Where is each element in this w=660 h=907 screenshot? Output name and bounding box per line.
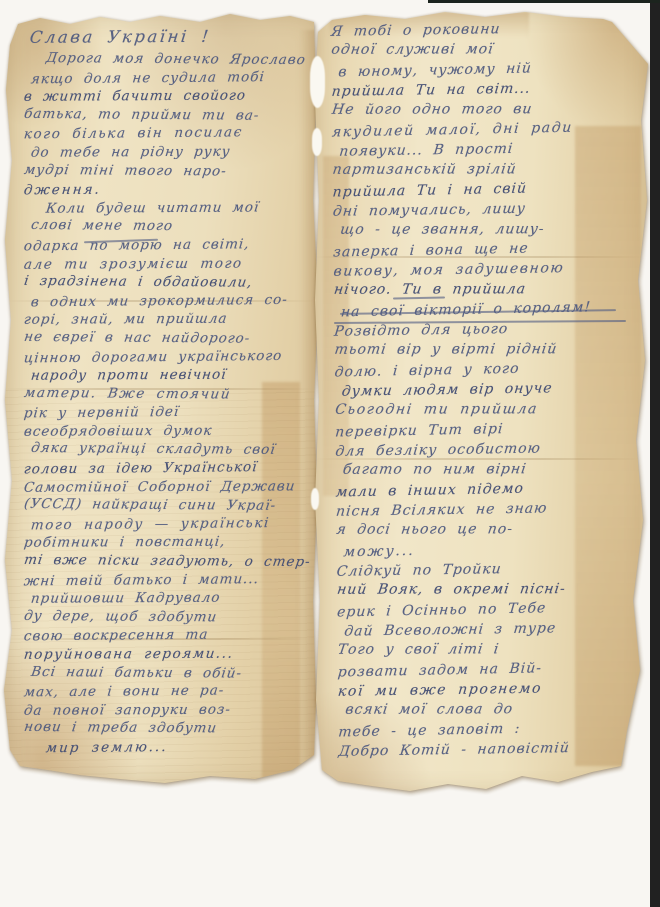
letter-line: свою воскресення та <box>23 625 317 646</box>
letter-line: цінною дорогами українського <box>23 346 317 367</box>
letter-line: Дорога моя донечко Ярославо <box>23 49 317 70</box>
letter-line: (УССД) найкращі сини Украї- <box>23 495 317 516</box>
letter-line: слові мене того <box>23 216 317 237</box>
handwriting-right: Я тобі о роковини одної служиві мої в юн… <box>331 18 651 761</box>
letter-line: в житті бачити свойого <box>23 86 317 106</box>
letter-line: прийшовши Кадрувало <box>23 588 317 608</box>
fold-highlight <box>310 56 325 108</box>
letter-line: голови за ідею Української <box>23 458 317 479</box>
letter-line: до тебе на рідну руку <box>23 142 317 162</box>
letter-line: народу проти невічної <box>23 365 317 385</box>
letter-line: Самостійної Соборної Держави <box>23 477 317 497</box>
letter-line: робітники і повстанці, <box>23 533 317 553</box>
letter-line: Коли будеш читати мої <box>23 198 317 218</box>
letter-line: не євреї в нас найдорого- <box>23 328 317 349</box>
letter-line: мах, але і вони не ра- <box>23 681 317 702</box>
letter-line: Добро Котій - наповістій <box>337 737 651 762</box>
left-page-paper: Слава Україні ! Дорога моя донечко Яросл… <box>4 10 322 790</box>
handwriting-left: Слава Україні ! Дорога моя донечко Яросл… <box>24 23 316 757</box>
letter-line: да повної запоруки воз- <box>23 700 317 720</box>
superscript-insertion: е <box>399 8 405 19</box>
letter-line: дження. <box>23 179 317 200</box>
letter-line: але ти зрозумієш того <box>23 254 317 274</box>
letter-line: нови і треба здобути <box>23 718 317 739</box>
letter-line: ті вже піски згадують, о стер- <box>23 551 317 572</box>
fold-highlight <box>311 488 319 510</box>
right-page-paper: е Я тобі о роковини одної служиві мої в … <box>313 6 651 798</box>
letter-line: і зрадзінена і обдайовили, <box>23 272 317 293</box>
fold-highlight <box>312 128 322 156</box>
scanner-edge-top <box>428 0 660 3</box>
letter-line: рік у нервній ідеї <box>23 402 317 423</box>
scanner-edge-strip <box>650 0 660 907</box>
scanned-letter: Слава Україні ! Дорога моя донечко Яросл… <box>0 0 660 907</box>
letter-line: одарка по морю на світі, <box>23 235 317 256</box>
letter-page-right: е Я тобі о роковини одної служиві мої в … <box>313 6 651 798</box>
letter-line: кого білька він посилає <box>23 123 317 144</box>
letter-line: якщо доля не судила тобі <box>23 67 317 88</box>
letter-line: горі, знай, ми прийшла <box>23 310 317 330</box>
letter-line: жні твій батько і мати... <box>23 569 317 590</box>
letter-page-left: Слава Україні ! Дорога моя донечко Яросл… <box>4 10 322 790</box>
letter-line: мир землю... <box>23 737 317 758</box>
letter-line: поруйнована героями... <box>23 644 317 664</box>
letter-line: Слава Україні ! <box>22 22 317 51</box>
